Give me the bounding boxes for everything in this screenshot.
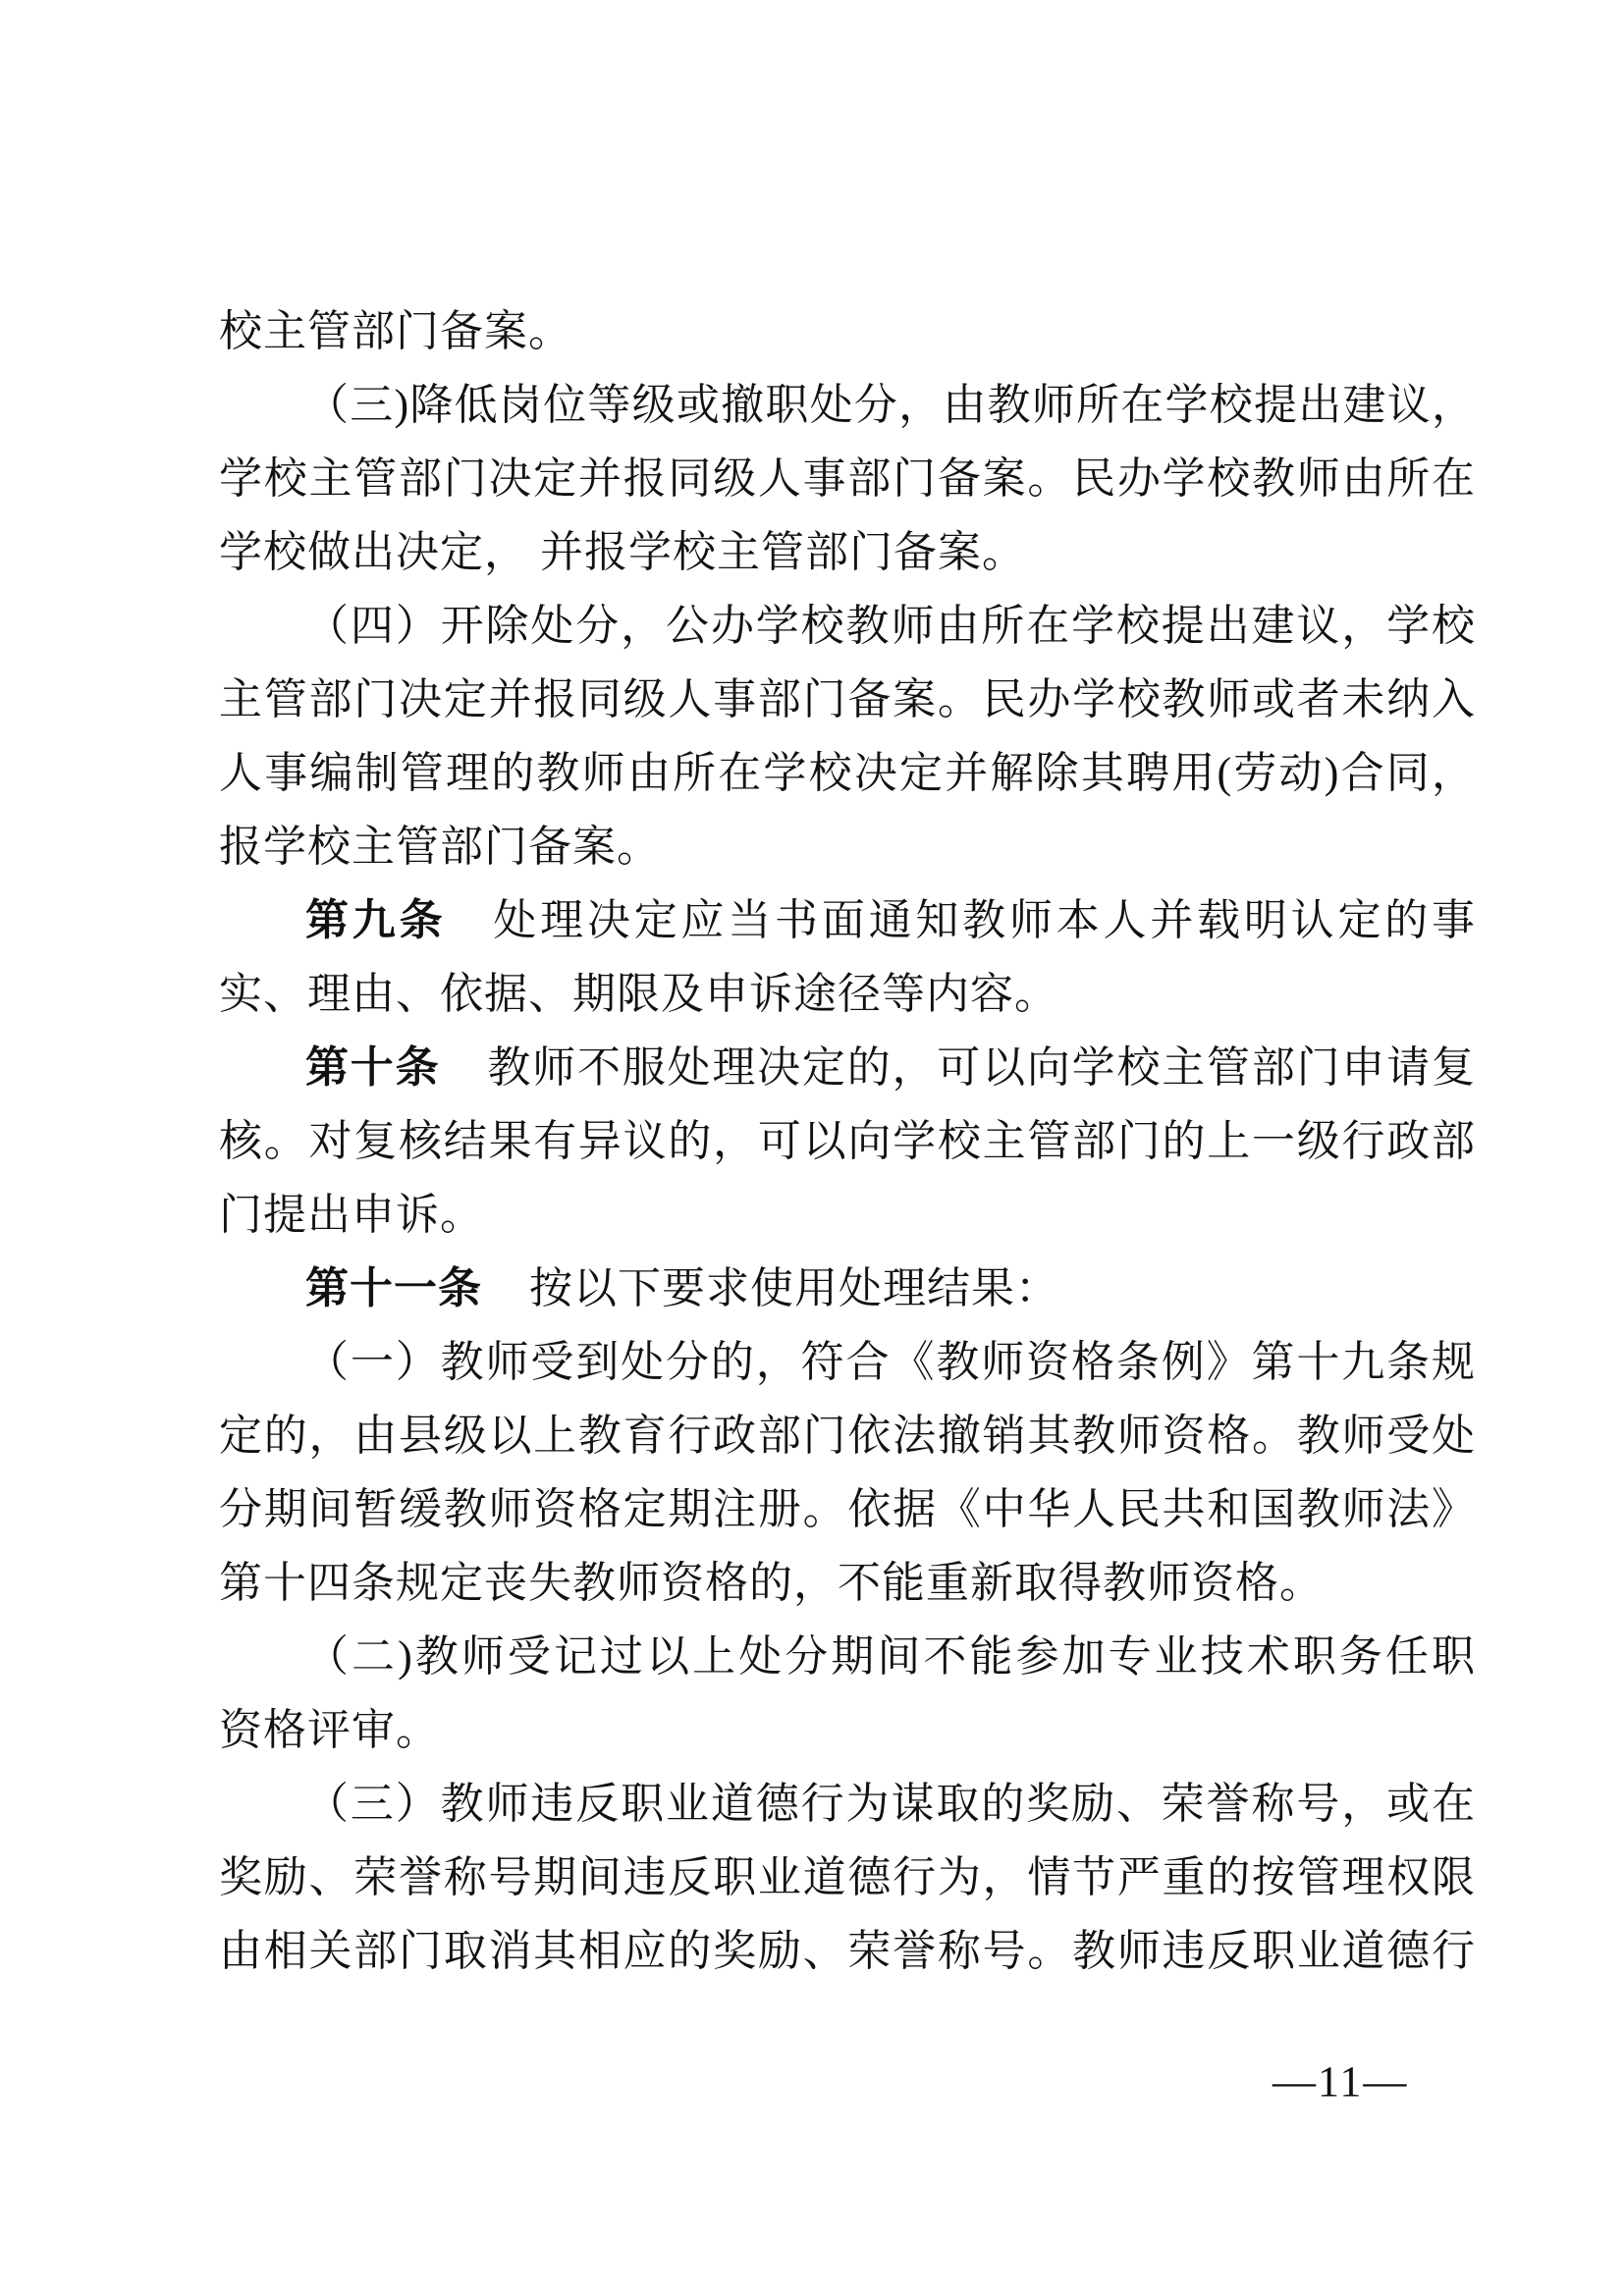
- line-text: 核。对复核结果有异议的，可以向学校主管部门的上一级行政部: [219, 1117, 1476, 1165]
- line-text: 处理决定应当书面通知教师本人并载明认定的事: [493, 896, 1476, 944]
- text-line: 核。对复核结果有异议的，可以向学校主管部门的上一级行政部: [219, 1104, 1476, 1178]
- text-line: 校主管部门备案。: [219, 294, 1476, 368]
- text-line: （一）教师受到处分的，符合《教师资格条例》第十九条规: [219, 1325, 1476, 1399]
- document-body: 校主管部门备案。（三)降低岗位等级或撤职处分，由教师所在学校提出建议，学校主管部…: [219, 294, 1476, 1988]
- line-text: 分期间暂缓教师资格定期注册。依据《中华人民共和国教师法》: [219, 1485, 1476, 1533]
- line-text: （一）教师受到处分的，符合《教师资格条例》第十九条规: [305, 1338, 1476, 1386]
- text-line: 奖励、荣誉称号期间违反职业道德行为，情节严重的按管理权限: [219, 1841, 1476, 1914]
- text-line: （三)降低岗位等级或撤职处分，由教师所在学校提出建议，: [219, 368, 1476, 442]
- text-line: 第九条处理决定应当书面通知教师本人并载明认定的事: [219, 883, 1476, 957]
- line-text: （二)教师受记过以上处分期间不能参加专业技术职务任职: [305, 1632, 1476, 1681]
- text-line: 人事编制管理的教师由所在学校决定并解除其聘用(劳动)合同，: [219, 736, 1476, 810]
- line-text: 实、理由、依据、期限及申诉途径等内容。: [219, 970, 1058, 1018]
- line-text: 按以下要求使用处理结果：: [529, 1264, 1059, 1312]
- text-line: 第十四条规定丧失教师资格的，不能重新取得教师资格。: [219, 1546, 1476, 1620]
- line-text: 教师不服处理决定的，可以向学校主管部门申请复: [487, 1043, 1476, 1092]
- text-line: 主管部门决定并报同级人事部门备案。民办学校教师或者未纳入: [219, 663, 1476, 736]
- text-line: 定的，由县级以上教育行政部门依法撤销其教师资格。教师受处: [219, 1399, 1476, 1472]
- text-line: 第十一条按以下要求使用处理结果：: [219, 1252, 1476, 1325]
- line-text: 由相关部门取消其相应的奖励、荣誉称号。教师违反职业道德行: [219, 1927, 1476, 1975]
- text-line: （二)教师受记过以上处分期间不能参加专业技术职务任职: [219, 1620, 1476, 1693]
- article-number: 第十条: [305, 1043, 440, 1092]
- line-text: 门提出申诉。: [219, 1191, 484, 1239]
- article-number: 第九条: [305, 896, 446, 944]
- text-line: 由相关部门取消其相应的奖励、荣誉称号。教师违反职业道德行: [219, 1914, 1476, 1988]
- text-line: 第十条教师不服处理决定的，可以向学校主管部门申请复: [219, 1031, 1476, 1104]
- text-line: 资格评审。: [219, 1693, 1476, 1767]
- text-line: 门提出申诉。: [219, 1178, 1476, 1252]
- article-number: 第十一条: [305, 1264, 482, 1312]
- line-text: 学校做出决定， 并报学校主管部门备案。: [219, 528, 1026, 576]
- line-text: 主管部门决定并报同级人事部门备案。民办学校教师或者未纳入: [219, 675, 1476, 723]
- line-text: （四）开除处分，公办学校教师由所在学校提出建议，学校: [305, 602, 1476, 650]
- line-text: 校主管部门备案。: [219, 307, 572, 355]
- text-line: （三）教师违反职业道德行为谋取的奖励、荣誉称号，或在: [219, 1767, 1476, 1841]
- line-text: 资格评审。: [219, 1706, 440, 1754]
- text-line: 学校主管部门决定并报同级人事部门备案。民办学校教师由所在: [219, 442, 1476, 515]
- text-line: （四）开除处分，公办学校教师由所在学校提出建议，学校: [219, 589, 1476, 663]
- line-text: 报学校主管部门备案。: [219, 823, 661, 871]
- line-text: 第十四条规定丧失教师资格的，不能重新取得教师资格。: [219, 1559, 1324, 1607]
- line-text: 定的，由县级以上教育行政部门依法撤销其教师资格。教师受处: [219, 1412, 1476, 1460]
- document-page: 校主管部门备案。（三)降低岗位等级或撤职处分，由教师所在学校提出建议，学校主管部…: [0, 0, 1624, 2296]
- line-text: （三)降低岗位等级或撤职处分，由教师所在学校提出建议，: [305, 381, 1476, 429]
- text-line: 报学校主管部门备案。: [219, 810, 1476, 883]
- text-line: 实、理由、依据、期限及申诉途径等内容。: [219, 957, 1476, 1031]
- line-text: （三）教师违反职业道德行为谋取的奖励、荣誉称号，或在: [305, 1780, 1476, 1828]
- line-text: 奖励、荣誉称号期间违反职业道德行为，情节严重的按管理权限: [219, 1853, 1476, 1901]
- text-line: 分期间暂缓教师资格定期注册。依据《中华人民共和国教师法》: [219, 1472, 1476, 1546]
- line-text: 学校主管部门决定并报同级人事部门备案。民办学校教师由所在: [219, 454, 1476, 503]
- line-text: 人事编制管理的教师由所在学校决定并解除其聘用(劳动)合同，: [219, 749, 1476, 797]
- text-line: 学校做出决定， 并报学校主管部门备案。: [219, 515, 1476, 589]
- page-number: —11—: [1272, 2057, 1408, 2107]
